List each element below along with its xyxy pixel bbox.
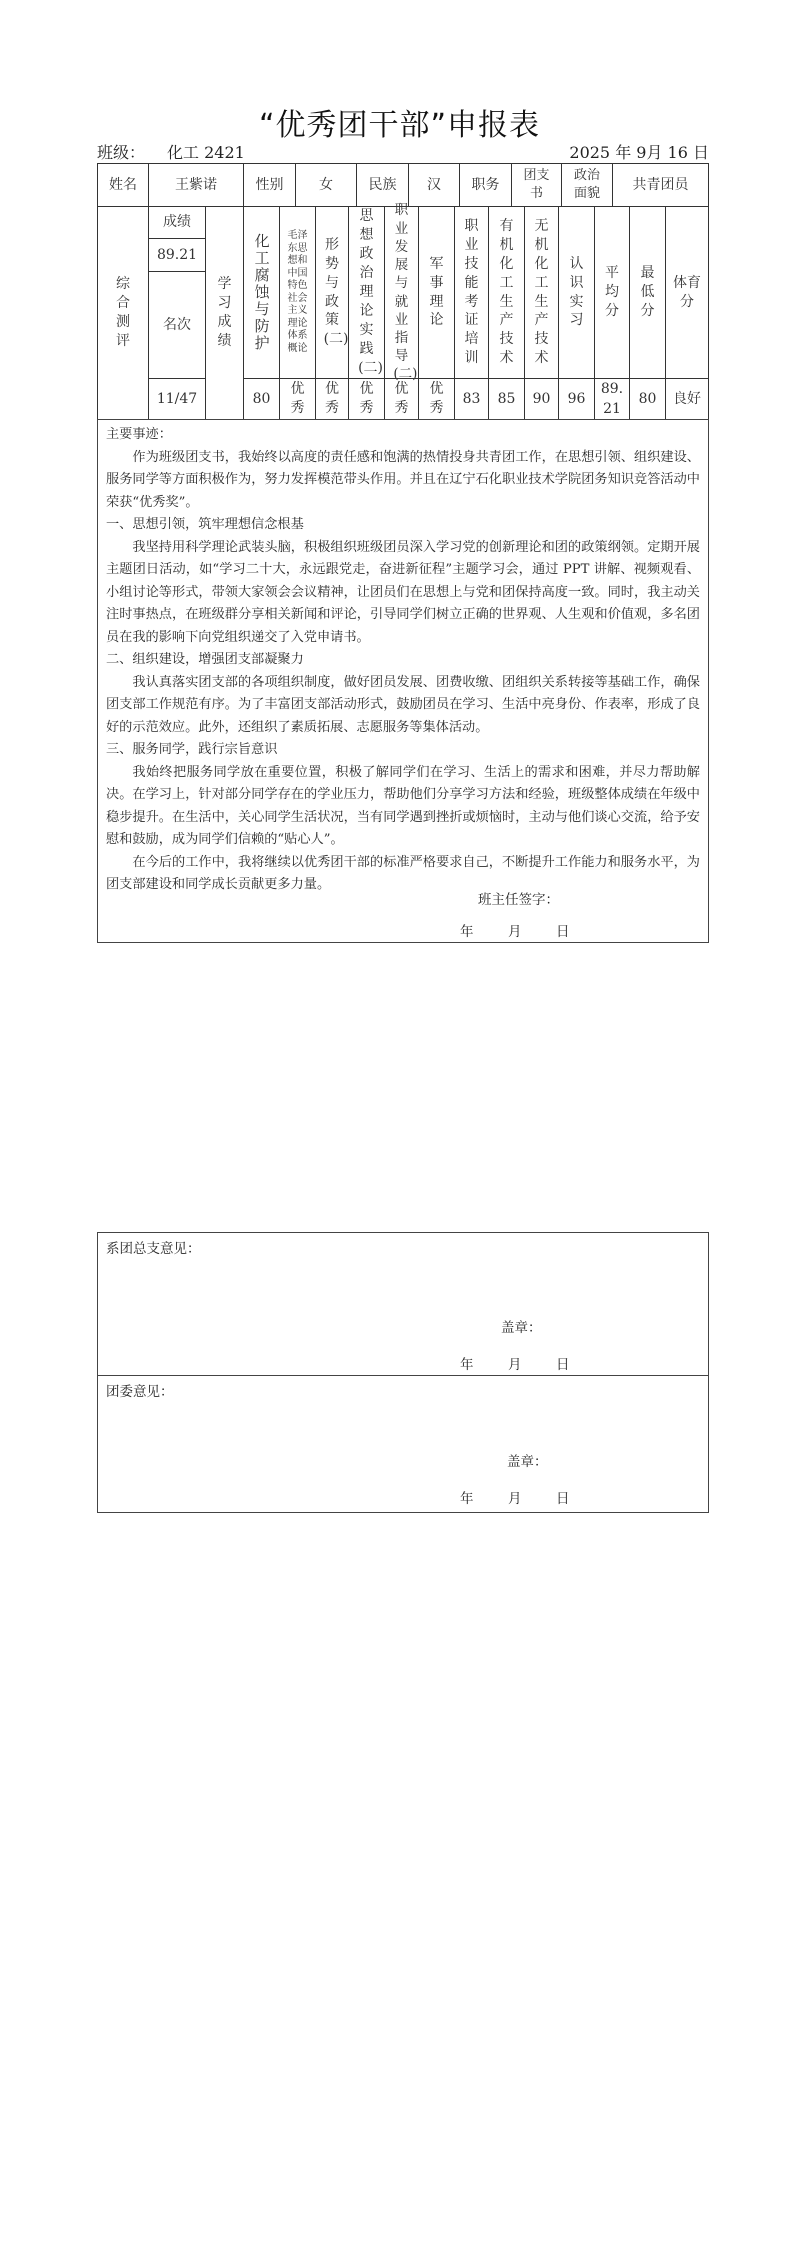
course-score: 优秀 bbox=[428, 380, 445, 418]
course-header: 思想政治理论实践(二) bbox=[358, 207, 375, 377]
deeds-label: 主要事迹： bbox=[106, 424, 700, 447]
class-value: 化工 2421 bbox=[167, 143, 245, 162]
course-score: 96 bbox=[558, 378, 595, 420]
course-score: 优秀 bbox=[358, 380, 375, 418]
committee-opinion-label: 团委意见： bbox=[106, 1380, 174, 1400]
rank-value: 11/47 bbox=[148, 378, 206, 420]
political-label: 政治面貌 bbox=[573, 167, 602, 202]
section2-title: 二、组织建设，增强团支部凝聚力 bbox=[106, 649, 700, 672]
ethnicity-label: 民族 bbox=[356, 163, 409, 207]
course-score: 良好 bbox=[665, 378, 709, 420]
course-header: 毛泽东思想和中国特色社会主义理论体系概论 bbox=[287, 230, 309, 355]
course-header: 职业发展与就业指导(二) bbox=[393, 201, 409, 383]
course-header: 化工腐蚀与防护 bbox=[251, 233, 271, 352]
course-header: 无机化工生产技术 bbox=[533, 217, 550, 368]
section3-body: 我始终把服务同学放在重要位置，积极了解同学们在学习、生活上的需求和困难，并尽力帮… bbox=[106, 762, 700, 852]
political-value: 共青团员 bbox=[612, 163, 709, 207]
committee-seal-label: 盖章： bbox=[507, 1450, 548, 1470]
teacher-sign-date: 年月日 bbox=[460, 920, 604, 940]
course-header: 军事理论 bbox=[428, 255, 445, 331]
name-label: 姓名 bbox=[97, 163, 149, 207]
committee-opinion-date: 年月日 bbox=[460, 1487, 604, 1507]
course-score: 80 bbox=[629, 378, 666, 420]
gender-label: 性别 bbox=[243, 163, 296, 207]
section3-title: 三、服务同学，践行宗旨意识 bbox=[106, 739, 700, 762]
course-score: 优秀 bbox=[289, 380, 306, 418]
class-info: 班级：化工 2421 bbox=[97, 140, 245, 163]
branch-seal-label: 盖章： bbox=[501, 1316, 542, 1336]
academic-label: 学习成绩 bbox=[216, 275, 233, 351]
closing-paragraph: 在今后的工作中，我将继续以优秀团干部的标准严格要求自己，不断提升工作能力和服务水… bbox=[106, 852, 700, 897]
page-title: “优秀团干部”申报表 bbox=[0, 100, 799, 144]
branch-opinion-date: 年月日 bbox=[460, 1353, 604, 1373]
form-date: 2025 年 9月 16 日 bbox=[569, 140, 709, 163]
name-value: 王紫诺 bbox=[148, 163, 244, 207]
course-score: 89.21 bbox=[598, 379, 626, 420]
course-header: 形势与政策(二) bbox=[324, 236, 341, 349]
course-header: 认识实习 bbox=[568, 255, 585, 331]
deeds-intro: 作为班级团支书，我始终以高度的责任感和饱满的热情投身共青团工作，在思想引领、组织… bbox=[106, 447, 700, 515]
branch-opinion-section: 系团总支意见： 盖章： 年月日 bbox=[97, 1232, 709, 1376]
section1-body: 我坚持用科学理论武装头脑，积极组织班级团员深入学习党的创新理论和团的政策纲领。定… bbox=[106, 537, 700, 650]
score-label: 成绩 bbox=[148, 206, 206, 239]
section2-body: 我认真落实团支部的各项组织制度，做好团员发展、团费收缴、团组织关系转接等基础工作… bbox=[106, 672, 700, 740]
course-score: 85 bbox=[488, 378, 525, 420]
committee-opinion-section: 团委意见： 盖章： 年月日 bbox=[97, 1375, 709, 1513]
course-header: 职业技能考证培训 bbox=[463, 217, 480, 368]
score-value: 89.21 bbox=[148, 238, 206, 272]
course-score: 90 bbox=[524, 378, 559, 420]
gender-value: 女 bbox=[295, 163, 357, 207]
course-header: 最低分 bbox=[639, 264, 656, 321]
class-label: 班级： bbox=[97, 143, 145, 162]
branch-opinion-label: 系团总支意见： bbox=[106, 1237, 201, 1257]
rank-label: 名次 bbox=[148, 271, 206, 379]
course-header: 有机化工生产技术 bbox=[498, 217, 515, 368]
deeds-section: 主要事迹： 作为班级团支书，我始终以高度的责任感和饱满的热情投身共青团工作，在思… bbox=[97, 419, 709, 943]
position-label: 职务 bbox=[459, 163, 512, 207]
ethnicity-value: 汉 bbox=[408, 163, 460, 207]
position-value: 团支书 bbox=[522, 167, 551, 202]
course-score: 80 bbox=[243, 378, 280, 420]
teacher-signature-label: 班主任签字： bbox=[478, 888, 559, 908]
course-header: 体育分 bbox=[672, 274, 703, 312]
course-header: 平均分 bbox=[604, 264, 621, 321]
section1-title: 一、思想引领，筑牢理想信念根基 bbox=[106, 514, 700, 537]
course-score: 83 bbox=[454, 378, 489, 420]
course-score: 优秀 bbox=[324, 380, 341, 418]
evaluation-label: 综合测评 bbox=[115, 275, 132, 351]
course-score: 优秀 bbox=[393, 380, 410, 418]
